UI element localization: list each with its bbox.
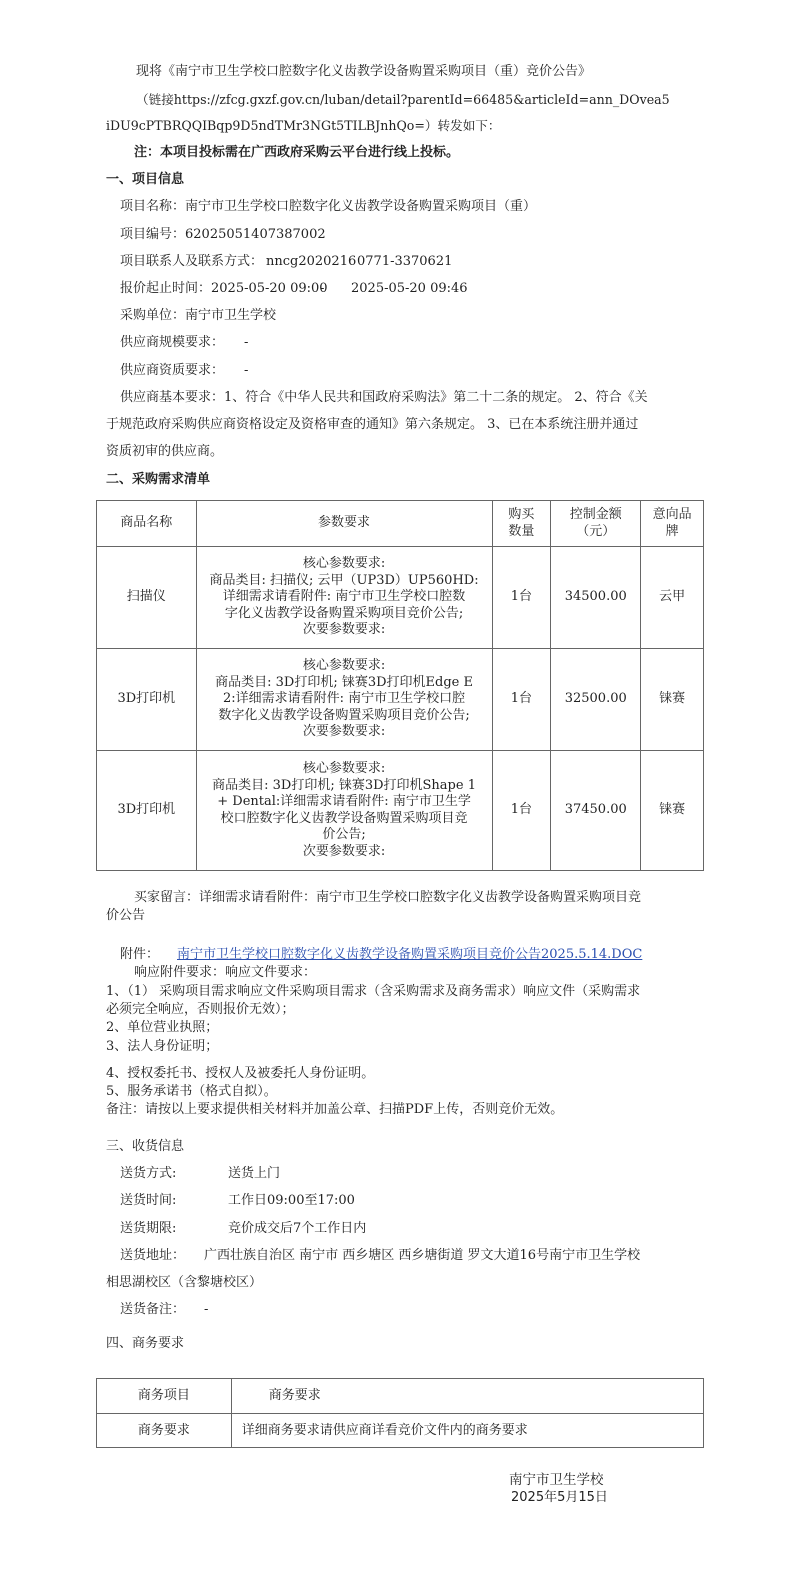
- param-line: 核心参数要求:: [201, 658, 488, 675]
- response-item: 4、授权委托书、授权人及被委托人身份证明。: [106, 1065, 374, 1083]
- cell-brand: 云甲: [641, 547, 704, 649]
- delivery-remark-value: -: [204, 1301, 208, 1319]
- cell-qty: 1台: [492, 751, 551, 871]
- cell-brand: 铼赛: [641, 649, 704, 751]
- contact-phone: 0771-3370621: [357, 253, 452, 271]
- param-line: 商品类目: 3D打印机; 铼赛3D打印机Edge E: [201, 675, 488, 692]
- business-table: 商务项目 商务要求 商务要求 详细商务要求请供应商详看竞价文件内的商务要求: [96, 1378, 704, 1448]
- param-line: 次要参数要求:: [201, 622, 488, 639]
- param-line: 2:详细需求请看附件: 南宁市卫生学校口腔: [201, 691, 488, 708]
- param-line: 次要参数要求:: [201, 724, 488, 741]
- section-2-title: 二、采购需求清单: [106, 471, 210, 489]
- business-cell-requirement: 详细商务要求请供应商详看竞价文件内的商务要求: [231, 1414, 703, 1448]
- business-row: 商务要求 详细商务要求请供应商详看竞价文件内的商务要求: [97, 1414, 704, 1448]
- response-item: 3、法人身份证明；: [106, 1038, 218, 1056]
- project-name: 项目名称：南宁市卫生学校口腔数字化义齿教学设备购置采购项目（重）: [120, 198, 536, 216]
- cell-qty: 1台: [492, 547, 551, 649]
- param-line: 字化义齿教学设备购置采购项目竞价公告;: [201, 606, 488, 623]
- header-qty: 购买数量: [492, 501, 551, 547]
- basic-req-line-2: 于规范政府采购供应商资格设定及资格审查的通知》第六条规定。 3、已在本系统注册并…: [106, 416, 638, 434]
- param-line: 校口腔数字化义齿教学设备购置采购项目竞: [201, 811, 488, 828]
- delivery-method-value: 送货上门: [228, 1165, 280, 1183]
- response-item: 1、（1） 采购项目需求响应文件采购项目需求（含采购需求及商务需求）响应文件（采…: [106, 983, 640, 1001]
- table-header-row: 商品名称 参数要求 购买数量 控制金额（元） 意向品牌: [97, 501, 704, 547]
- delivery-method-label: 送货方式:: [120, 1165, 176, 1183]
- delivery-deadline-value: 竞价成交后7个工作日内: [228, 1220, 366, 1238]
- response-title: 响应附件要求：响应文件要求：: [134, 964, 316, 982]
- cell-qty: 1台: [492, 649, 551, 751]
- delivery-address-line-2: 相思湖校区（含黎塘校区）: [106, 1274, 262, 1292]
- param-line: 详细需求请看附件: 南宁市卫生学校口腔数: [201, 589, 488, 606]
- qualification-label: 供应商资质要求：: [120, 362, 224, 380]
- delivery-address-line-1: 广西壮族自治区 南宁市 西乡塘区 西乡塘街道 罗文大道16号南宁市卫生学校: [204, 1247, 640, 1265]
- signature-date: 2025年5月15日: [511, 1489, 608, 1507]
- quote-time-end: 2025-05-20 09:46: [351, 280, 468, 298]
- scale-label: 供应商规模要求：: [120, 334, 224, 352]
- business-cell-item: 商务要求: [97, 1414, 232, 1448]
- table-row: 扫描仪 核心参数要求: 商品类目: 扫描仪; 云甲（UP3D）UP560HD: …: [97, 547, 704, 649]
- param-line: 数字化义齿教学设备购置采购项目竞价公告;: [201, 708, 488, 725]
- delivery-remark-label: 送货备注：: [120, 1301, 185, 1319]
- param-line: 核心参数要求:: [201, 556, 488, 573]
- cell-params: 核心参数要求: 商品类目: 扫描仪; 云甲（UP3D）UP560HD: 详细需求…: [196, 547, 492, 649]
- quote-time-separator: -: [320, 280, 324, 298]
- param-line: 商品类目: 3D打印机; 铼赛3D打印机Shape 1: [201, 778, 488, 795]
- contact-user: nncg2020216: [266, 253, 356, 271]
- contact-label: 项目联系人及联系方式：: [120, 253, 263, 271]
- attachment-label: 附件：: [120, 946, 159, 964]
- business-header-item: 商务项目: [97, 1379, 232, 1414]
- response-item: 必须完全响应，否则报价无效）；: [106, 1001, 295, 1019]
- table-row: 3D打印机 核心参数要求: 商品类目: 3D打印机; 铼赛3D打印机Shape …: [97, 751, 704, 871]
- cell-brand: 铼赛: [641, 751, 704, 871]
- cell-product-name: 3D打印机: [97, 751, 197, 871]
- delivery-address-label: 送货地址：: [120, 1247, 185, 1265]
- cell-amount: 37450.00: [551, 751, 641, 871]
- response-remark: 备注：请按以上要求提供相关材料并加盖公章、扫描PDF上传，否则竞价无效。: [106, 1101, 563, 1119]
- header-params: 参数要求: [196, 501, 492, 547]
- cell-amount: 32500.00: [551, 649, 641, 751]
- cell-params: 核心参数要求: 商品类目: 3D打印机; 铼赛3D打印机Shape 1 + De…: [196, 751, 492, 871]
- signature-org: 南宁市卫生学校: [509, 1471, 604, 1489]
- header-brand-line: 牌: [645, 524, 699, 541]
- header-amount-line: 控制金额: [555, 507, 636, 524]
- delivery-time-value: 工作日09:00至17:00: [228, 1192, 355, 1210]
- intro-line-1: 现将《南宁市卫生学校口腔数字化义齿教学设备购置采购项目（重）竞价公告》: [136, 63, 591, 81]
- cell-product-name: 扫描仪: [97, 547, 197, 649]
- section-4-title: 四、商务要求: [106, 1335, 184, 1353]
- intro-link-line-2: iDU9cPTBRQQIBqp9D5ndTMr3NGt5TILBJnhQo=）转…: [106, 117, 500, 135]
- scale-value: -: [244, 334, 248, 352]
- business-header-row: 商务项目 商务要求: [97, 1379, 704, 1414]
- param-line: 价公告;: [201, 827, 488, 844]
- intro-link-line-1: （链接https://zfcg.gxzf.gov.cn/luban/detail…: [136, 91, 670, 109]
- purchaser: 采购单位：南宁市卫生学校: [120, 307, 276, 325]
- cell-params: 核心参数要求: 商品类目: 3D打印机; 铼赛3D打印机Edge E 2:详细需…: [196, 649, 492, 751]
- procurement-table: 商品名称 参数要求 购买数量 控制金额（元） 意向品牌 扫描仪 核心参数要求: …: [96, 500, 704, 871]
- param-line: 核心参数要求:: [201, 761, 488, 778]
- project-number: 项目编号：62025051407387002: [120, 226, 326, 244]
- section-3-title: 三、收货信息: [106, 1138, 184, 1156]
- response-item: 2、单位营业执照；: [106, 1019, 218, 1037]
- basic-req-line-1: 供应商基本要求：1、符合《中华人民共和国政府采购法》第二十二条的规定。 2、符合…: [120, 389, 648, 407]
- delivery-time-label: 送货时间:: [120, 1192, 176, 1210]
- header-brand-line: 意向品: [645, 507, 699, 524]
- header-amount: 控制金额（元）: [551, 501, 641, 547]
- intro-note: 注：本项目投标需在广西政府采购云平台进行线上投标。: [134, 144, 459, 162]
- header-qty-line: 数量: [497, 524, 547, 541]
- header-brand: 意向品牌: [641, 501, 704, 547]
- delivery-deadline-label: 送货期限:: [120, 1220, 176, 1238]
- table-row: 3D打印机 核心参数要求: 商品类目: 3D打印机; 铼赛3D打印机Edge E…: [97, 649, 704, 751]
- param-line: 商品类目: 扫描仪; 云甲（UP3D）UP560HD:: [201, 573, 488, 590]
- quote-time-start: 报价起止时间：2025-05-20 09:00: [120, 280, 328, 298]
- basic-req-line-3: 资质初审的供应商。: [106, 443, 223, 461]
- section-1-title: 一、项目信息: [106, 171, 184, 189]
- buyer-message-line-2: 价公告: [106, 907, 145, 925]
- attachment-link[interactable]: 南宁市卫生学校口腔数字化义齿教学设备购置采购项目竞价公告2025.5.14.DO…: [177, 946, 642, 964]
- param-line: + Dental:详细需求请看附件: 南宁市卫生学: [201, 794, 488, 811]
- business-header-requirement: 商务要求: [231, 1379, 703, 1414]
- cell-product-name: 3D打印机: [97, 649, 197, 751]
- cell-amount: 34500.00: [551, 547, 641, 649]
- response-item: 5、服务承诺书（格式自拟）。: [106, 1083, 277, 1101]
- qualification-value: -: [244, 362, 248, 380]
- buyer-message-line-1: 买家留言：详细需求请看附件：南宁市卫生学校口腔数字化义齿教学设备购置采购项目竞: [134, 889, 641, 907]
- param-line: 次要参数要求:: [201, 844, 488, 861]
- header-qty-line: 购买: [497, 507, 547, 524]
- header-product-name: 商品名称: [97, 501, 197, 547]
- header-amount-line: （元）: [555, 524, 636, 541]
